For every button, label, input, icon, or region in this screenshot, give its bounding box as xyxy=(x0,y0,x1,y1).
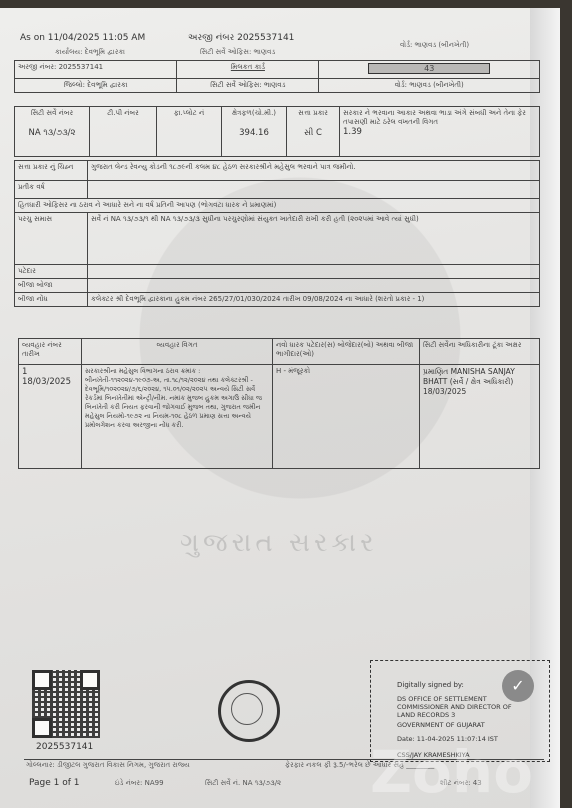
office-name: કાર્યાલય: દેવભૂમિ દ્વારકા xyxy=(55,48,125,57)
as-on-timestamp: As on 11/04/2025 11:05 AM xyxy=(20,33,145,43)
officer-resolution: હિતધારી ઓફિસર ના ઠરાવ ને આધારે સને ના વર… xyxy=(15,199,540,213)
city-survey: સિટી સર્વે ઓફિસ: ભાણવડ xyxy=(177,79,319,93)
property-table: સિટી સર્વે નંબરNA ૧૩/૭૩/૨ ટી.પી નંબર ફા.… xyxy=(14,106,540,157)
tenure-description: ગુજરાત લેન્ડ રેવન્યુ કોડની ૧૮૭૯ની કલમ ૪૮… xyxy=(88,161,540,181)
signed-by-label: Digitally signed by: xyxy=(397,681,464,689)
index-number: ઇંડે નંબર: NA99 xyxy=(115,779,164,788)
entry-holder: H - મંજૂરકો xyxy=(273,365,420,469)
ward-label: વોર્ડ: ભાણવડ (બીનખેતી) xyxy=(400,41,469,50)
survey-number: NA ૧૩/૭૩/૨ xyxy=(18,128,86,138)
government-seal-icon xyxy=(218,680,280,742)
title-table: અરજી નંબર: 2025537141 મિલકત કાર્ડ 43 જિલ… xyxy=(14,60,540,93)
qr-code[interactable] xyxy=(32,670,100,738)
footer-dept: ગોલ્લનાર: ડીજીટલ ગુજરાત વિકાસ નિગમ, ગુજર… xyxy=(26,761,190,770)
area-value: 394.16 xyxy=(225,128,283,138)
page-number: Page 1 of 1 xyxy=(29,778,80,788)
assessment-value: 1.39 xyxy=(343,127,536,137)
city-survey-office: સિટી સર્વે ઓફિસ: ભાણવડ xyxy=(200,48,275,57)
emblem-watermark: ગુજરાત સરકાર xyxy=(180,528,378,559)
zoho-watermark: Zoho xyxy=(370,738,533,800)
ref-number: અરજી નંબર: 2025537141 xyxy=(15,61,177,79)
card-title: મિલકત કાર્ડ xyxy=(177,61,319,79)
details-table: સત્તા પ્રકાર નું ચિહ્નગુજરાત લેન્ડ રેવન્… xyxy=(14,160,540,307)
entry-officer: પ્રમાણિત MANISHA SANJAY BHATT (સર્વે / ક… xyxy=(420,365,540,469)
other-note: કલેક્ટર શ્રી દેવભૂમિ દ્વારકાના હુકમ નંબર… xyxy=(88,293,540,307)
footer-survey-number: સિટી સર્વે નં. NA ૧૩/૭૩/૨ xyxy=(205,779,281,788)
sheet-number: 43 xyxy=(368,63,490,74)
entry-row: 118/03/2025 સરકારશ્રીના મહેસુલ વિભાગના ઠ… xyxy=(19,365,540,469)
application-number: અરજી નંબર 2025537141 xyxy=(188,33,294,43)
ward: વોર્ડ: ભાણવડ (બીનખેતી) xyxy=(319,79,540,93)
entry-date: 18/03/2025 xyxy=(22,377,78,387)
entry-detail: સરકારશ્રીના મહેસુલ વિભાગના ઠરાવ ક્રમાંક … xyxy=(82,365,273,469)
district: જિલ્લો: દેવભૂમિ દ્વારકા xyxy=(15,79,177,93)
property-card-document: As on 11/04/2025 11:05 AM અરજી નંબર 2025… xyxy=(0,8,560,800)
entries-table: વ્યવહાર નંબર તારીખ વ્યવહાર વિગત નવો ધારક… xyxy=(18,338,540,469)
misc-note: સર્વે નં NA ૧૩/૭૩/૧ થી NA ૧૩/૭૩/૩ સુધીના… xyxy=(88,213,540,265)
tenure-value: સી C xyxy=(290,128,336,138)
qr-number: 2025537141 xyxy=(36,742,93,752)
entry-number: 1 xyxy=(22,367,78,377)
verified-check-icon: ✓ xyxy=(502,670,534,702)
signer-gov: GOVERNMENT OF GUJARAT xyxy=(397,721,485,729)
